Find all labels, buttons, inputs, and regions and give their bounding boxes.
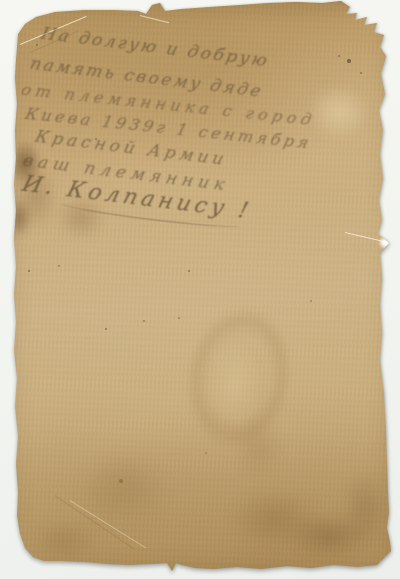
foxing-specks — [0, 0, 2, 2]
photograph-back-paper: На долгую и добрую память своему дяде от… — [0, 0, 400, 579]
photo-back-scan: На долгую и добрую память своему дяде от… — [0, 0, 400, 579]
paper-shadow-wrap: На долгую и добрую память своему дяде от… — [0, 0, 400, 579]
handwritten-inscription: На долгую и добрую память своему дяде от… — [0, 0, 400, 579]
